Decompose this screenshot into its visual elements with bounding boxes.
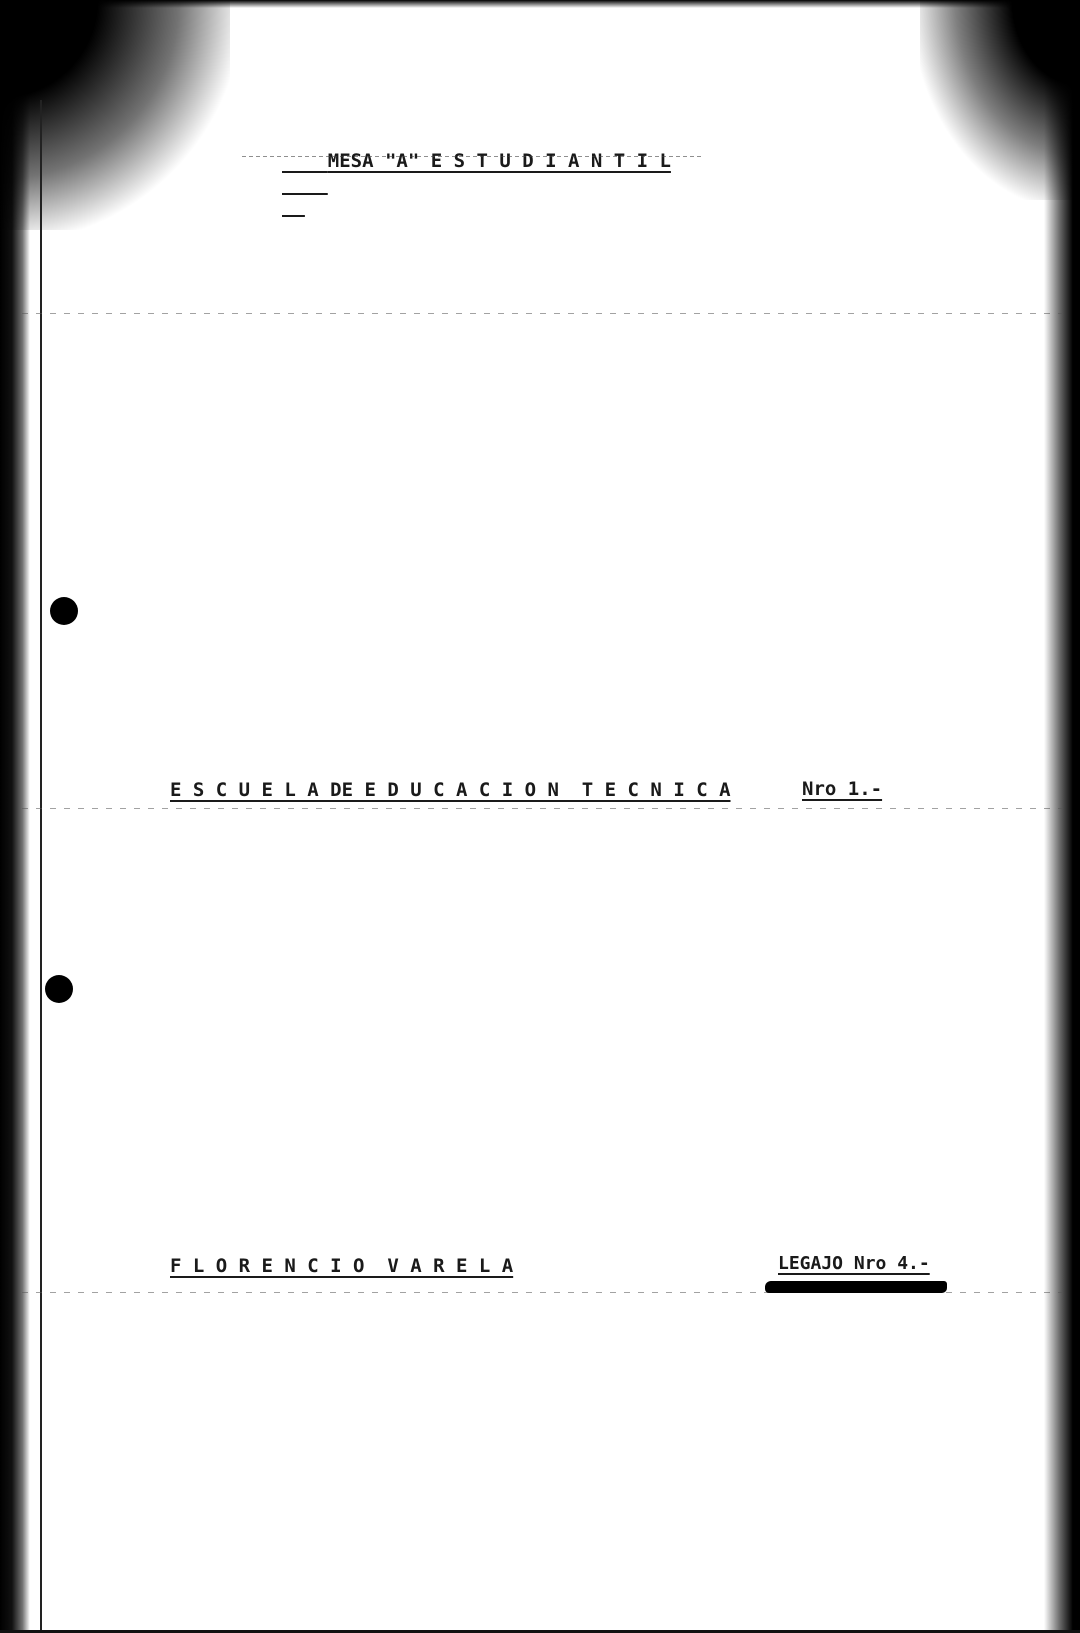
margin-rule	[40, 100, 42, 1630]
scan-shadow-top-right	[920, 0, 1080, 200]
scan-shadow-top-left	[0, 0, 230, 230]
school-name: E S C U E L A DE E D U C A C I O N T E C…	[170, 779, 731, 801]
ruled-line	[22, 808, 1062, 809]
scan-shadow-top	[0, 0, 1080, 8]
ink-underline-stroke	[765, 1281, 947, 1293]
scan-shadow-left	[0, 0, 30, 1633]
scan-shadow-right	[1044, 0, 1080, 1633]
title-dashed-line	[242, 156, 702, 157]
file-label: LEGAJO Nro 4.-	[778, 1253, 930, 1274]
scanned-document-page: MESA "A" E S T U D I A N T I L E S C U E…	[0, 0, 1080, 1633]
document-title: MESA "A" E S T U D I A N T I L	[282, 128, 671, 216]
document-title-text: MESA "A" E S T U D I A N T I L	[328, 150, 671, 172]
punch-hole	[50, 597, 78, 625]
city-name: F L O R E N C I O V A R E L A	[170, 1255, 513, 1277]
school-number: Nro 1.-	[802, 778, 882, 800]
punch-hole	[45, 975, 73, 1003]
ruled-line	[22, 313, 1062, 314]
